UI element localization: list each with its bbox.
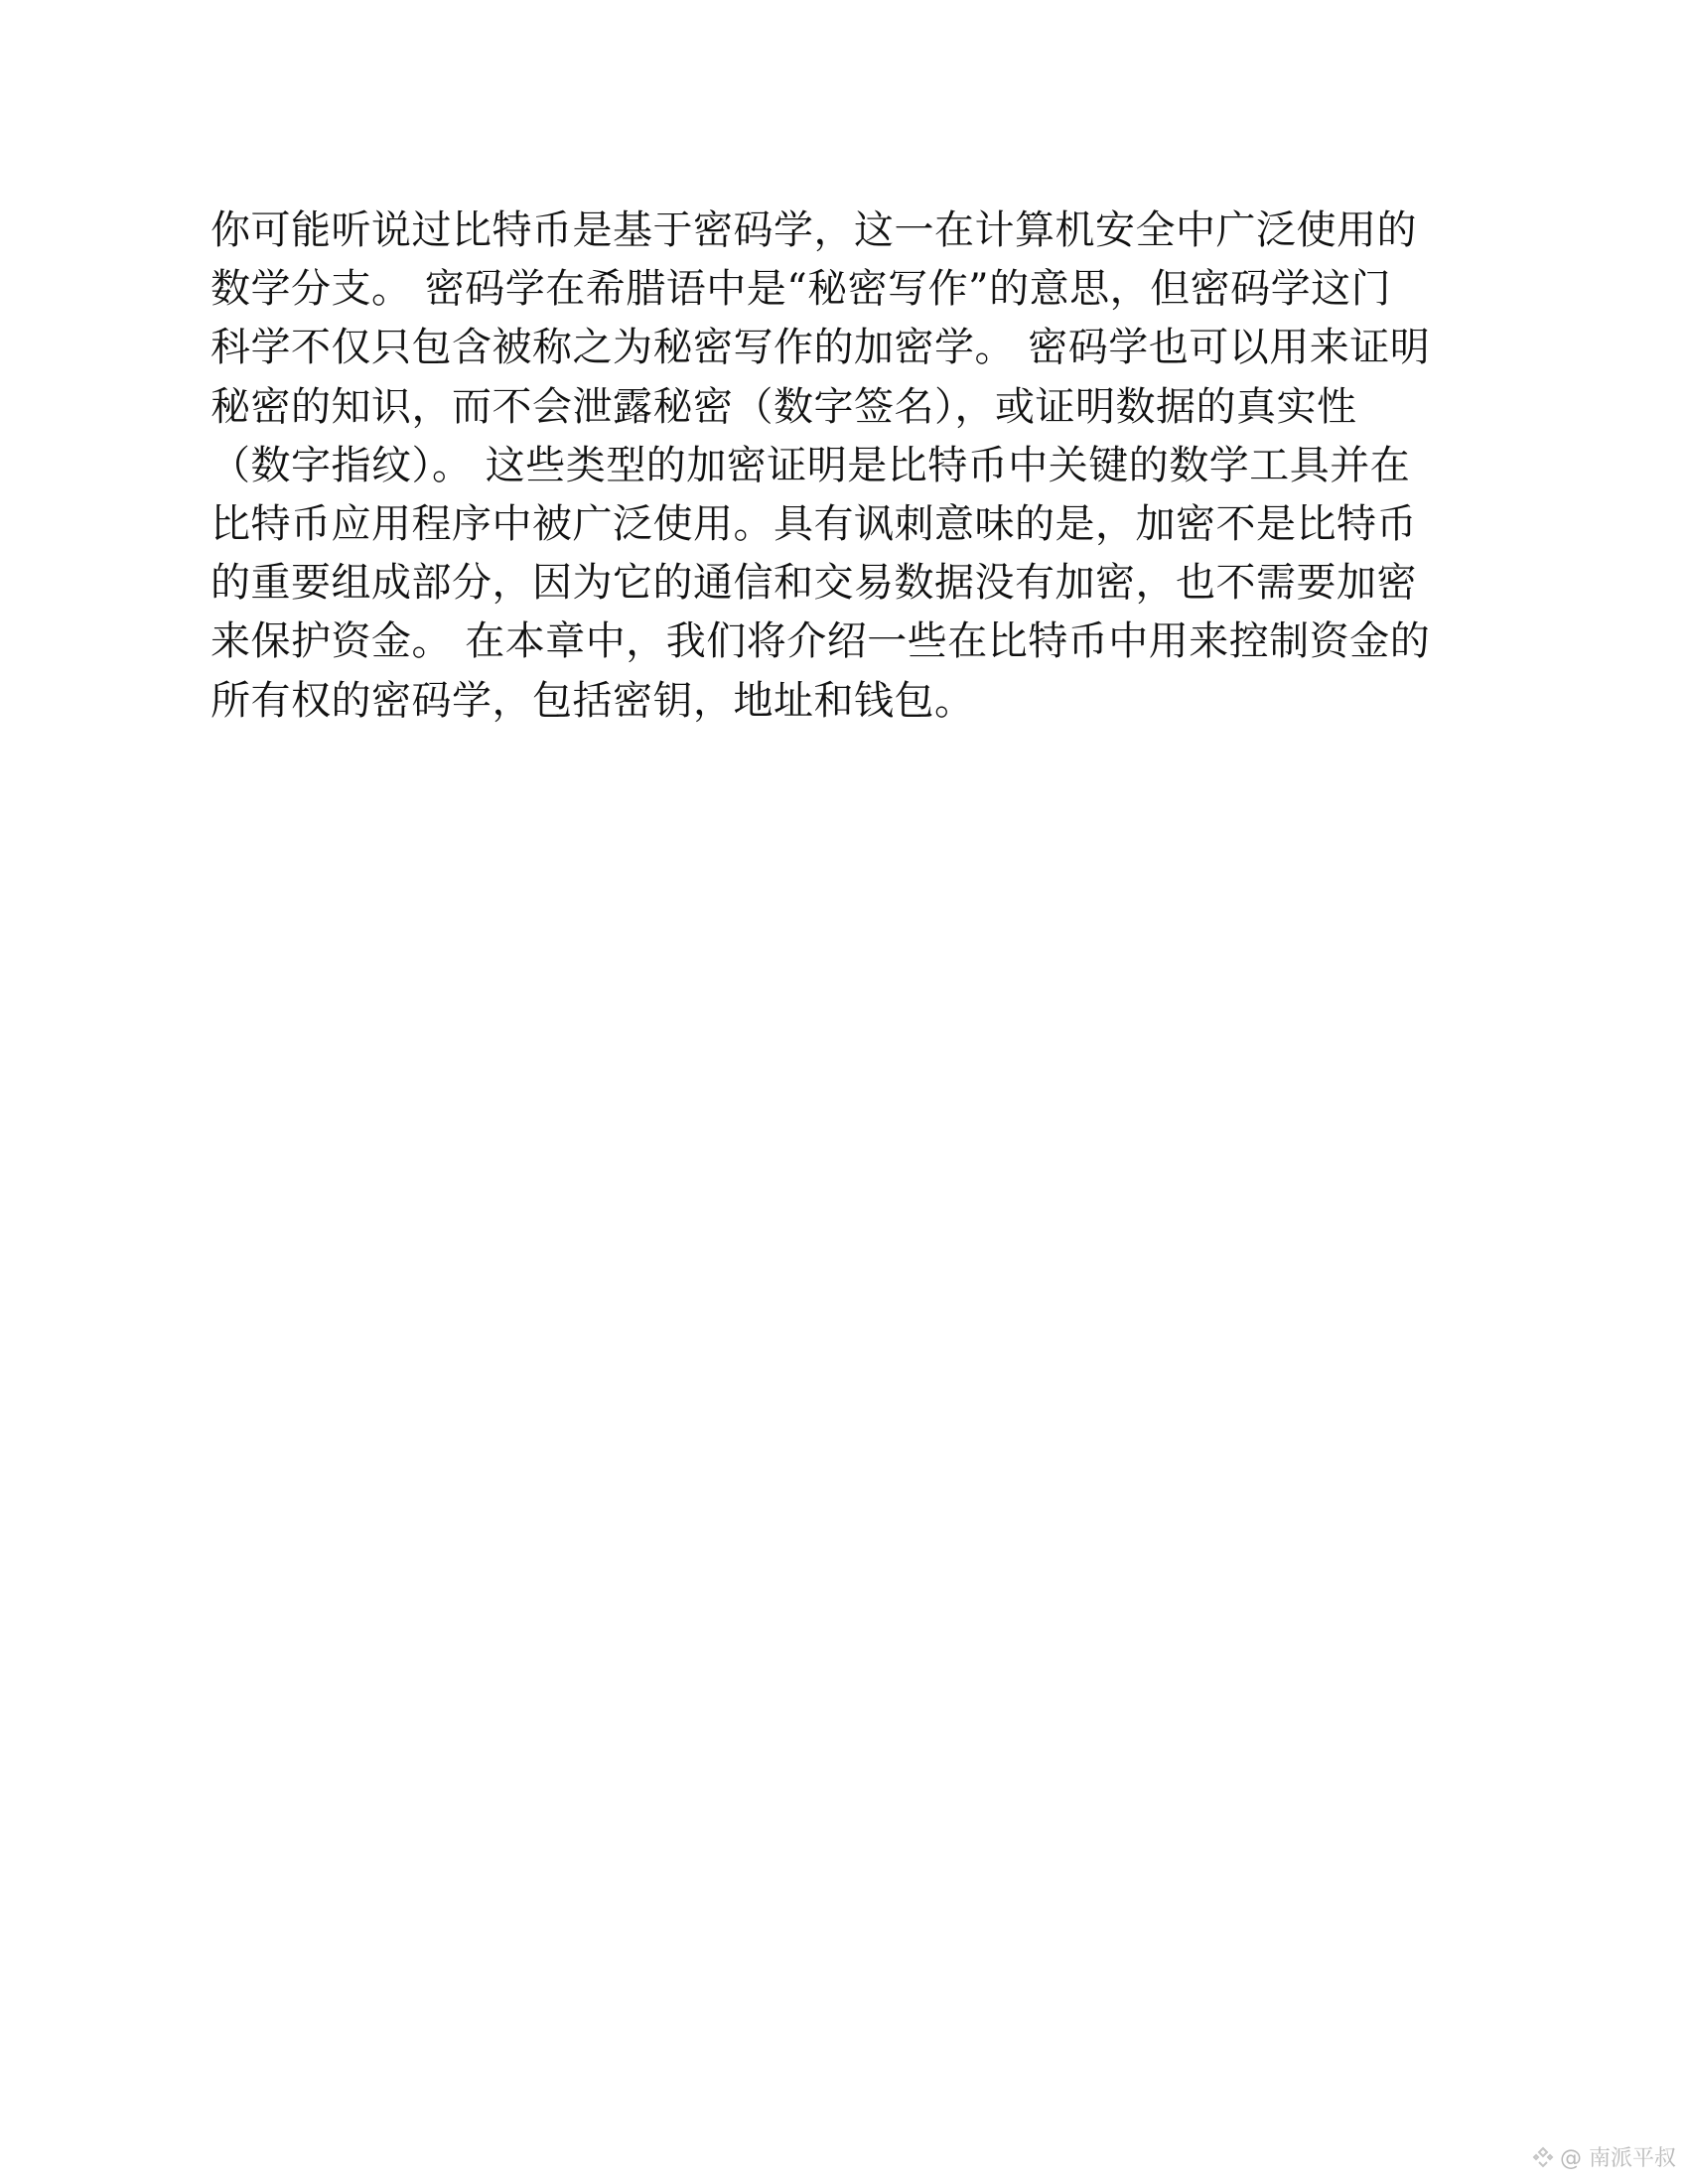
paragraph-line-5: （数字指纹）。 这些类型的加密证明是比特币中关键的数学工具并在 bbox=[211, 437, 1491, 495]
document-page: 你可能听说过比特币是基于密码学，这一在计算机安全中广泛使用的 数学分支。 密码学… bbox=[0, 0, 1688, 2184]
watermark-text: @ 南派平叔 bbox=[1560, 2141, 1676, 2172]
body-paragraph: 你可能听说过比特币是基于密码学，这一在计算机安全中广泛使用的 数学分支。 密码学… bbox=[211, 202, 1491, 731]
paragraph-line-8: 来保护资金。 在本章中，我们将介绍一些在比特币中用来控制资金的 bbox=[211, 613, 1491, 671]
paragraph-line-1: 你可能听说过比特币是基于密码学，这一在计算机安全中广泛使用的 bbox=[211, 202, 1491, 260]
watermark: @ 南派平叔 bbox=[1532, 2141, 1676, 2172]
paragraph-line-7: 的重要组成部分，因为它的通信和交易数据没有加密，也不需要加密 bbox=[211, 554, 1491, 613]
paragraph-line-6: 比特币应用程序中被广泛使用。具有讽刺意味的是，加密不是比特币 bbox=[211, 495, 1491, 554]
paragraph-line-9: 所有权的密码学，包括密钥，地址和钱包。 bbox=[211, 672, 1491, 731]
paragraph-line-2: 数学分支。 密码学在希腊语中是“秘密写作”的意思，但密码学这门 bbox=[211, 260, 1491, 319]
paragraph-line-4: 秘密的知识，而不会泄露秘密（数字签名），或证明数据的真实性 bbox=[211, 378, 1491, 437]
binance-logo-icon bbox=[1532, 2146, 1554, 2168]
paragraph-line-3: 科学不仅只包含被称之为秘密写作的加密学。 密码学也可以用来证明 bbox=[211, 319, 1491, 377]
